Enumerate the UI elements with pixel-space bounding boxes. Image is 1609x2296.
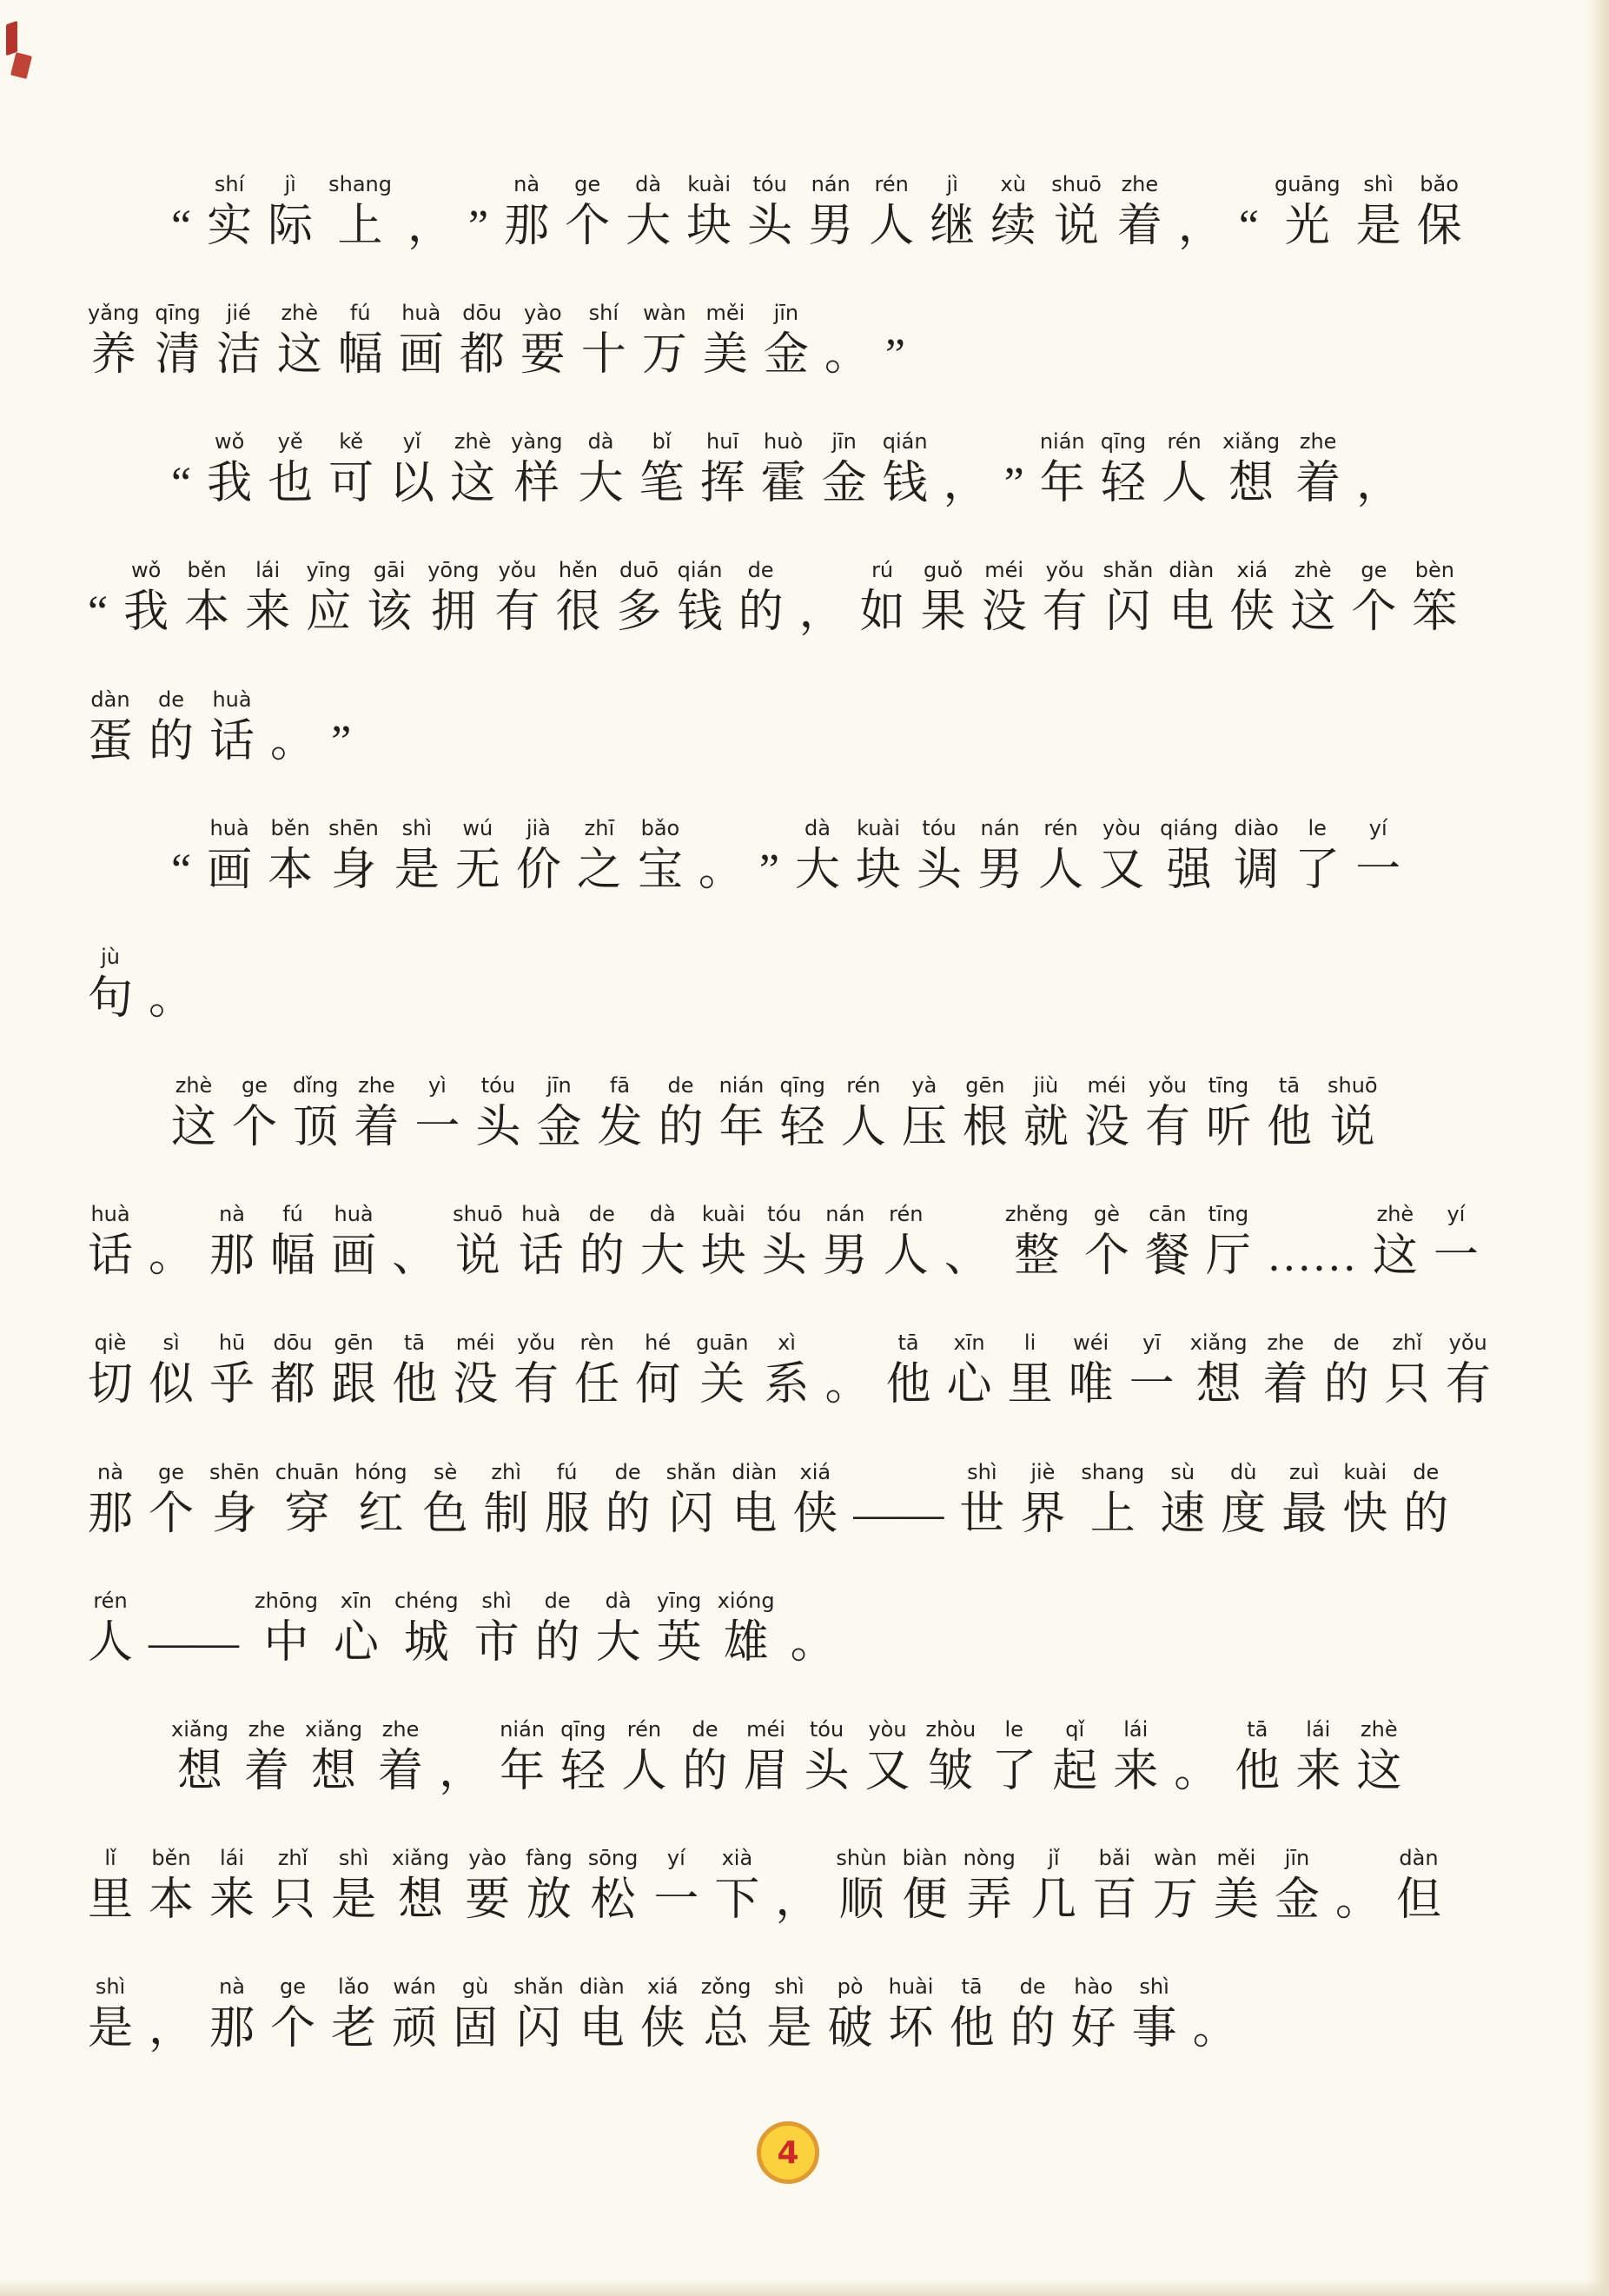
hanzi-with-pinyin: 金jīn [756,330,817,380]
hanzi-with-pinyin: 蛋dàn [80,717,141,766]
hanzi-with-pinyin: 的de [650,1103,711,1152]
hanzi-with-pinyin: 这zhè [163,1103,224,1152]
hanzi-with-pinyin: 笨bèn [1404,587,1465,637]
hanzi-with-pinyin: 又yòu [857,1747,918,1796]
punctuation: ” [997,459,1032,508]
hanzi-with-pinyin: 里li [1000,1360,1061,1410]
hanzi-with-pinyin: 大dà [588,1618,649,1668]
hanzi-with-pinyin: 块kuài [679,202,739,251]
hanzi-with-pinyin: 轻qīng [1093,459,1154,508]
hanzi-with-pinyin: 清qīng [147,330,208,380]
hanzi-with-pinyin: 的de [598,1490,659,1539]
hanzi-with-pinyin: 有yǒu [487,587,548,637]
hanzi-with-pinyin: 闪shǎn [659,1490,725,1539]
hanzi-with-pinyin: 有yǒu [1035,587,1096,637]
hanzi-with-pinyin: 际jì [260,202,321,251]
page-paper: “实shí际jì上shang，”那nà个ge大dà块kuài头tóu男nán人r… [0,0,1609,2296]
hanzi-with-pinyin: 压yà [894,1103,955,1152]
hanzi-with-pinyin: 有yǒu [1137,1103,1198,1152]
hanzi-with-pinyin: 大dà [618,202,679,251]
hanzi-with-pinyin: 轻qīng [772,1103,833,1152]
hanzi-with-pinyin: 服fú [537,1490,598,1539]
text-line: “画huà本běn身shēn是shì无wú价jià之zhī宝bǎo。”大dà块k… [80,816,1533,895]
hanzi-with-pinyin: 侠xiá [632,2004,693,2054]
hanzi-with-pinyin: 好hào [1063,2004,1124,2054]
text-line: 那nà个ge身shēn穿chuān红hóng色sè制zhì服fú的de闪shǎn… [80,1460,1533,1539]
hanzi-with-pinyin: 一yī [1122,1360,1182,1410]
punctuation: ， [791,587,852,637]
hanzi-with-pinyin: 来lái [1288,1747,1348,1796]
hanzi-with-pinyin: 人rén [80,1618,141,1668]
hanzi-with-pinyin: 松sōng [580,1875,646,1925]
story-text-block: “实shí际jì上shang，”那nà个ge大dà块kuài头tóu男nán人r… [80,172,1533,2103]
hanzi-with-pinyin: 想xiǎng [297,1747,370,1796]
hanzi-with-pinyin: 事shì [1124,2004,1185,2054]
hanzi-with-pinyin: 美měi [695,330,756,380]
hanzi-with-pinyin: 画huà [199,846,260,895]
hanzi-with-pinyin: 男nán [970,846,1030,895]
hanzi-with-pinyin: 都dōu [262,1360,323,1410]
hanzi-with-pinyin: 有yǒu [1438,1360,1499,1410]
hanzi-with-pinyin: 眉méi [735,1747,796,1796]
hanzi-with-pinyin: 实shí [199,202,260,251]
text-line: 养yǎng清qīng洁jié这zhè幅fú画huà都dōu要yào十shí万wà… [80,301,1533,380]
hanzi-with-pinyin: 英yīng [649,1618,710,1668]
text-line: “我wǒ本běn来lái应yīng该gāi拥yōng有yǒu很hěn多duō钱q… [80,558,1533,637]
hanzi-with-pinyin: 任rèn [566,1360,627,1410]
hanzi-with-pinyin: 块kuài [693,1231,754,1281]
hanzi-with-pinyin: 顺shùn [828,1875,894,1925]
punctuation: “ [163,846,199,895]
hanzi-with-pinyin: 是shì [323,1875,384,1925]
hanzi-with-pinyin: 个ge [224,1103,285,1152]
punctuation: 。 [691,846,752,895]
hanzi-with-pinyin: 果guǒ [913,587,974,637]
hanzi-with-pinyin: 该gāi [359,587,420,637]
hanzi-with-pinyin: 顽wán [384,2004,445,2054]
hanzi-with-pinyin: 固gù [445,2004,506,2054]
hanzi-with-pinyin: 发fā [589,1103,650,1152]
punctuation: ” [877,330,913,380]
hanzi-with-pinyin: 色sè [415,1490,476,1539]
hanzi-with-pinyin: 想xiǎng [1215,459,1288,508]
punctuation: ， [431,1747,492,1796]
hanzi-with-pinyin: 一yì [407,1103,467,1152]
hanzi-with-pinyin: 中zhōng [247,1618,326,1668]
scan-artifact [10,52,32,79]
hanzi-with-pinyin: 着zhe [346,1103,407,1152]
punctuation: “ [1231,202,1267,251]
hanzi-with-pinyin: 有yǒu [506,1360,566,1410]
text-line: 蛋dàn的de话huà。” [80,687,1533,766]
hanzi-with-pinyin: 侠xiá [785,1490,845,1539]
hanzi-with-pinyin: 价jià [508,846,569,895]
hanzi-with-pinyin: 金jīn [1267,1875,1328,1925]
hanzi-with-pinyin: 挥huī [692,459,753,508]
hanzi-with-pinyin: 幅fú [330,330,391,380]
page-number-badge: 4 [757,2121,819,2184]
hanzi-with-pinyin: 样yàng [503,459,570,508]
hanzi-with-pinyin: 跟gēn [323,1360,384,1410]
hanzi-with-pinyin: 放fàng [518,1875,580,1925]
hanzi-with-pinyin: 以yǐ [381,459,442,508]
text-line: 里lǐ本běn来lái只zhǐ是shì想xiǎng要yào放fàng松sōng一… [80,1846,1533,1925]
hanzi-with-pinyin: 轻qīng [553,1747,613,1796]
hanzi-with-pinyin: 年nián [492,1747,553,1796]
hanzi-with-pinyin: 宝bǎo [630,846,691,895]
hanzi-with-pinyin: 何hé [627,1360,688,1410]
hanzi-with-pinyin: 度dù [1213,1490,1274,1539]
hanzi-with-pinyin: 多duō [609,587,670,637]
hanzi-with-pinyin: 画huà [391,330,452,380]
hanzi-with-pinyin: 就jiù [1016,1103,1076,1152]
hanzi-with-pinyin: 个ge [557,202,618,251]
hanzi-with-pinyin: 这zhè [1348,1747,1409,1796]
hanzi-with-pinyin: 头tóu [467,1103,528,1152]
hanzi-with-pinyin: 本běn [141,1875,202,1925]
hanzi-with-pinyin: 之zhī [569,846,630,895]
punctuation: “ [80,587,116,637]
hanzi-with-pinyin: 要yào [457,1875,518,1925]
hanzi-with-pinyin: 皱zhòu [918,1747,984,1796]
hanzi-with-pinyin: 金jīn [528,1103,589,1152]
punctuation: “ [163,459,199,508]
hanzi-with-pinyin: 来lái [202,1875,262,1925]
punctuation: …… [1259,1231,1365,1281]
hanzi-with-pinyin: 是shì [80,2004,141,2054]
hanzi-with-pinyin: 年nián [1032,459,1093,508]
punctuation: 。 [1185,2004,1246,2054]
hanzi-with-pinyin: 金jīn [814,459,875,508]
punctuation: 。 [818,1360,878,1410]
hanzi-with-pinyin: 来lái [237,587,298,637]
hanzi-with-pinyin: 的de [141,717,202,766]
hanzi-with-pinyin: 着zhe [370,1747,431,1796]
hanzi-with-pinyin: 保bǎo [1409,202,1470,251]
hanzi-with-pinyin: 唯wéi [1061,1360,1122,1410]
hanzi-with-pinyin: 一yí [1347,846,1408,895]
hanzi-with-pinyin: 那nà [80,1490,141,1539]
punctuation: 。 [1166,1747,1227,1796]
punctuation: —— [141,1618,247,1668]
hanzi-with-pinyin: 百bǎi [1084,1875,1145,1925]
hanzi-with-pinyin: 乎hū [202,1360,262,1410]
hanzi-with-pinyin: 说shuō [1043,202,1109,251]
hanzi-with-pinyin: 很hěn [548,587,609,637]
hanzi-with-pinyin: 本běn [176,587,237,637]
hanzi-with-pinyin: 我wǒ [199,459,260,508]
hanzi-with-pinyin: 他tā [384,1360,445,1410]
punctuation: 。 [817,330,877,380]
punctuation: 。 [141,1231,202,1281]
hanzi-with-pinyin: 拥yōng [420,587,487,637]
text-line: 想xiǎng着zhe想xiǎng着zhe，年nián轻qīng人rén的de眉m… [80,1717,1533,1796]
hanzi-with-pinyin: 男nán [800,202,861,251]
hanzi-with-pinyin: 个gè [1076,1231,1137,1281]
hanzi-with-pinyin: 大dà [787,846,848,895]
hanzi-with-pinyin: 总zǒng [693,2004,759,2054]
hanzi-with-pinyin: 他tā [942,2004,1003,2054]
hanzi-with-pinyin: 万wàn [1145,1875,1206,1925]
hanzi-with-pinyin: 坏huài [881,2004,942,2054]
hanzi-with-pinyin: 身shēn [202,1490,268,1539]
hanzi-with-pinyin: 没méi [1076,1103,1137,1152]
hanzi-with-pinyin: 话huà [80,1231,141,1281]
hanzi-with-pinyin: 的de [1003,2004,1063,2054]
hanzi-with-pinyin: 人rén [613,1747,674,1796]
text-line: 是shì，那nà个ge老lǎo顽wán固gù闪shǎn电diàn侠xiá总zǒn… [80,1974,1533,2054]
hanzi-with-pinyin: 老lǎo [323,2004,384,2054]
hanzi-with-pinyin: 头tóu [754,1231,815,1281]
hanzi-with-pinyin: 闪shǎn [506,2004,572,2054]
punctuation: ， [141,2004,202,2054]
hanzi-with-pinyin: 下xià [706,1875,767,1925]
text-line: “我wǒ也yě可kě以yǐ这zhè样yàng大dà笔bǐ挥huī霍huò金jīn… [80,429,1533,508]
hanzi-with-pinyin: 本běn [260,846,321,895]
hanzi-with-pinyin: 根gēn [955,1103,1016,1152]
hanzi-with-pinyin: 强qiáng [1152,846,1226,895]
hanzi-with-pinyin: 整zhěng [997,1231,1076,1281]
hanzi-with-pinyin: 界jiè [1012,1490,1073,1539]
hanzi-with-pinyin: 万wàn [634,330,695,380]
text-line: 话huà。那nà幅fú画huà、说shuō话huà的de大dà块kuài头tóu… [80,1202,1533,1281]
hanzi-with-pinyin: 餐cān [1137,1231,1198,1281]
punctuation: ” [323,717,359,766]
hanzi-with-pinyin: 的de [572,1231,632,1281]
hanzi-with-pinyin: 心xīn [939,1360,1000,1410]
hanzi-with-pinyin: 调diào [1226,846,1287,895]
page-number: 4 [777,2135,798,2171]
hanzi-with-pinyin: 便biàn [895,1875,956,1925]
hanzi-with-pinyin: 上shang [1073,1490,1152,1539]
hanzi-with-pinyin: 似sì [141,1360,202,1410]
hanzi-with-pinyin: 的de [731,587,791,637]
punctuation: 、 [384,1231,445,1281]
hanzi-with-pinyin: 块kuài [848,846,909,895]
hanzi-with-pinyin: 切qiè [80,1360,141,1410]
text-line: “实shí际jì上shang，”那nà个ge大dà块kuài头tóu男nán人r… [80,172,1533,251]
hanzi-with-pinyin: 电diàn [724,1490,785,1539]
hanzi-with-pinyin: 男nán [815,1231,876,1281]
text-line: 句jù。 [80,945,1533,1024]
hanzi-with-pinyin: 电diàn [572,2004,632,2054]
hanzi-with-pinyin: 我wǒ [116,587,176,637]
punctuation: 。 [262,717,323,766]
hanzi-with-pinyin: 没méi [974,587,1035,637]
punctuation: ， [1348,459,1409,508]
hanzi-with-pinyin: 的de [1316,1360,1377,1410]
hanzi-with-pinyin: 美měi [1206,1875,1267,1925]
hanzi-with-pinyin: 人rén [833,1103,894,1152]
hanzi-with-pinyin: 心xīn [326,1618,387,1668]
hanzi-with-pinyin: 又yòu [1091,846,1152,895]
hanzi-with-pinyin: 想xiǎng [163,1747,236,1796]
hanzi-with-pinyin: 制zhì [476,1490,537,1539]
hanzi-with-pinyin: 都dōu [452,330,513,380]
page-edge-shadow-bottom [0,2279,1609,2296]
hanzi-with-pinyin: 想xiǎng [1182,1360,1255,1410]
punctuation: —— [845,1490,951,1539]
text-line: 这zhè个ge顶dǐng着zhe一yì头tóu金jīn发fā的de年nián轻q… [80,1073,1533,1152]
punctuation: 。 [783,1618,844,1668]
hanzi-with-pinyin: 那nà [202,2004,262,2054]
hanzi-with-pinyin: 句jù [80,974,141,1024]
hanzi-with-pinyin: 年nián [711,1103,771,1152]
hanzi-with-pinyin: 人rén [1154,459,1215,508]
hanzi-with-pinyin: 十shí [573,330,634,380]
book-page: { "page": { "number": "4", "colors": { "… [0,0,1609,2296]
punctuation: ， [936,459,997,508]
hanzi-with-pinyin: 洁jié [209,330,269,380]
hanzi-with-pinyin: 破pò [820,2004,881,2054]
hanzi-with-pinyin: 着zhe [1288,459,1348,508]
hanzi-with-pinyin: 是shì [1348,202,1409,251]
hanzi-with-pinyin: 着zhe [236,1747,297,1796]
hanzi-with-pinyin: 弄nòng [956,1875,1023,1925]
page-edge-shadow-right [1586,0,1609,2296]
hanzi-with-pinyin: 幅fú [262,1231,323,1281]
hanzi-with-pinyin: 笔bǐ [632,459,692,508]
hanzi-with-pinyin: 大dà [632,1231,693,1281]
hanzi-with-pinyin: 系xì [757,1360,818,1410]
hanzi-with-pinyin: 速sù [1152,1490,1213,1539]
text-line: 切qiè似sì乎hū都dōu跟gēn他tā没méi有yǒu任rèn何hé关guā… [80,1330,1533,1410]
hanzi-with-pinyin: 顶dǐng [285,1103,346,1152]
hanzi-with-pinyin: 那nà [496,202,557,251]
hanzi-with-pinyin: 没méi [445,1360,506,1410]
hanzi-with-pinyin: 红hóng [347,1490,414,1539]
hanzi-with-pinyin: 一yí [1426,1231,1487,1281]
hanzi-with-pinyin: 电diàn [1161,587,1222,637]
hanzi-with-pinyin: 这zhè [1365,1231,1426,1281]
hanzi-with-pinyin: 上shang [321,202,400,251]
hanzi-with-pinyin: 快kuài [1334,1490,1395,1539]
punctuation: ， [767,1875,828,1925]
hanzi-with-pinyin: 那nà [202,1231,262,1281]
hanzi-with-pinyin: 钱qián [670,587,731,637]
hanzi-with-pinyin: 身shēn [321,846,387,895]
hanzi-with-pinyin: 人rén [861,202,922,251]
hanzi-with-pinyin: 只zhǐ [1377,1360,1438,1410]
hanzi-with-pinyin: 了le [1287,846,1347,895]
hanzi-with-pinyin: 的de [1395,1490,1456,1539]
hanzi-with-pinyin: 人rén [1030,846,1091,895]
scan-artifact [6,21,17,56]
punctuation: ” [460,202,496,251]
hanzi-with-pinyin: 光guāng [1267,202,1348,251]
hanzi-with-pinyin: 个ge [1343,587,1404,637]
hanzi-with-pinyin: 大dà [571,459,632,508]
hanzi-with-pinyin: 也yě [260,459,321,508]
hanzi-with-pinyin: 起qǐ [1044,1747,1105,1796]
text-line: 人rén——中zhōng心xīn城chéng市shì的de大dà英yīng雄xi… [80,1589,1533,1668]
hanzi-with-pinyin: 这zhè [442,459,503,508]
hanzi-with-pinyin: 个ge [262,2004,323,2054]
hanzi-with-pinyin: 人rén [876,1231,937,1281]
hanzi-with-pinyin: 继jì [922,202,983,251]
hanzi-with-pinyin: 的de [527,1618,588,1668]
hanzi-with-pinyin: 这zhè [269,330,330,380]
hanzi-with-pinyin: 一yí [646,1875,706,1925]
hanzi-with-pinyin: 厅tīng [1198,1231,1259,1281]
hanzi-with-pinyin: 话huà [202,717,262,766]
hanzi-with-pinyin: 说shuō [445,1231,511,1281]
hanzi-with-pinyin: 最zuì [1274,1490,1334,1539]
hanzi-with-pinyin: 世shì [951,1490,1012,1539]
punctuation: 。 [141,974,202,1024]
hanzi-with-pinyin: 应yīng [298,587,359,637]
hanzi-with-pinyin: 穿chuān [268,1490,348,1539]
hanzi-with-pinyin: 的de [674,1747,735,1796]
hanzi-with-pinyin: 侠xiá [1222,587,1282,637]
hanzi-with-pinyin: 他tā [1227,1747,1288,1796]
punctuation: ” [752,846,787,895]
hanzi-with-pinyin: 如rú [852,587,913,637]
hanzi-with-pinyin: 着zhe [1255,1360,1316,1410]
hanzi-with-pinyin: 关guān [688,1360,756,1410]
hanzi-with-pinyin: 几jǐ [1023,1875,1084,1925]
hanzi-with-pinyin: 头tóu [797,1747,857,1796]
hanzi-with-pinyin: 他tā [1259,1103,1320,1152]
hanzi-with-pinyin: 是shì [387,846,447,895]
hanzi-with-pinyin: 但dàn [1388,1875,1449,1925]
hanzi-with-pinyin: 里lǐ [80,1875,141,1925]
hanzi-with-pinyin: 是shì [759,2004,820,2054]
hanzi-with-pinyin: 头tóu [739,202,800,251]
hanzi-with-pinyin: 霍huò [753,459,814,508]
hanzi-with-pinyin: 钱qián [875,459,936,508]
hanzi-with-pinyin: 无wú [447,846,508,895]
punctuation: ， [400,202,460,251]
hanzi-with-pinyin: 雄xióng [710,1618,783,1668]
hanzi-with-pinyin: 只zhǐ [262,1875,323,1925]
hanzi-with-pinyin: 城chéng [387,1618,467,1668]
hanzi-with-pinyin: 头tóu [909,846,970,895]
hanzi-with-pinyin: 个ge [141,1490,202,1539]
hanzi-with-pinyin: 可kě [321,459,381,508]
punctuation: “ [163,202,199,251]
hanzi-with-pinyin: 说shuō [1320,1103,1386,1152]
hanzi-with-pinyin: 话huà [511,1231,572,1281]
punctuation: 、 [937,1231,997,1281]
punctuation: ， [1170,202,1231,251]
hanzi-with-pinyin: 续xù [983,202,1043,251]
hanzi-with-pinyin: 着zhe [1109,202,1170,251]
hanzi-with-pinyin: 了le [983,1747,1044,1796]
punctuation: 。 [1328,1875,1388,1925]
hanzi-with-pinyin: 他tā [878,1360,939,1410]
hanzi-with-pinyin: 想xiǎng [384,1875,457,1925]
hanzi-with-pinyin: 画huà [323,1231,384,1281]
hanzi-with-pinyin: 听tīng [1198,1103,1259,1152]
hanzi-with-pinyin: 这zhè [1282,587,1343,637]
hanzi-with-pinyin: 来lái [1105,1747,1166,1796]
hanzi-with-pinyin: 闪shǎn [1096,587,1162,637]
hanzi-with-pinyin: 要yào [513,330,573,380]
hanzi-with-pinyin: 市shì [467,1618,527,1668]
hanzi-with-pinyin: 养yǎng [80,330,147,380]
